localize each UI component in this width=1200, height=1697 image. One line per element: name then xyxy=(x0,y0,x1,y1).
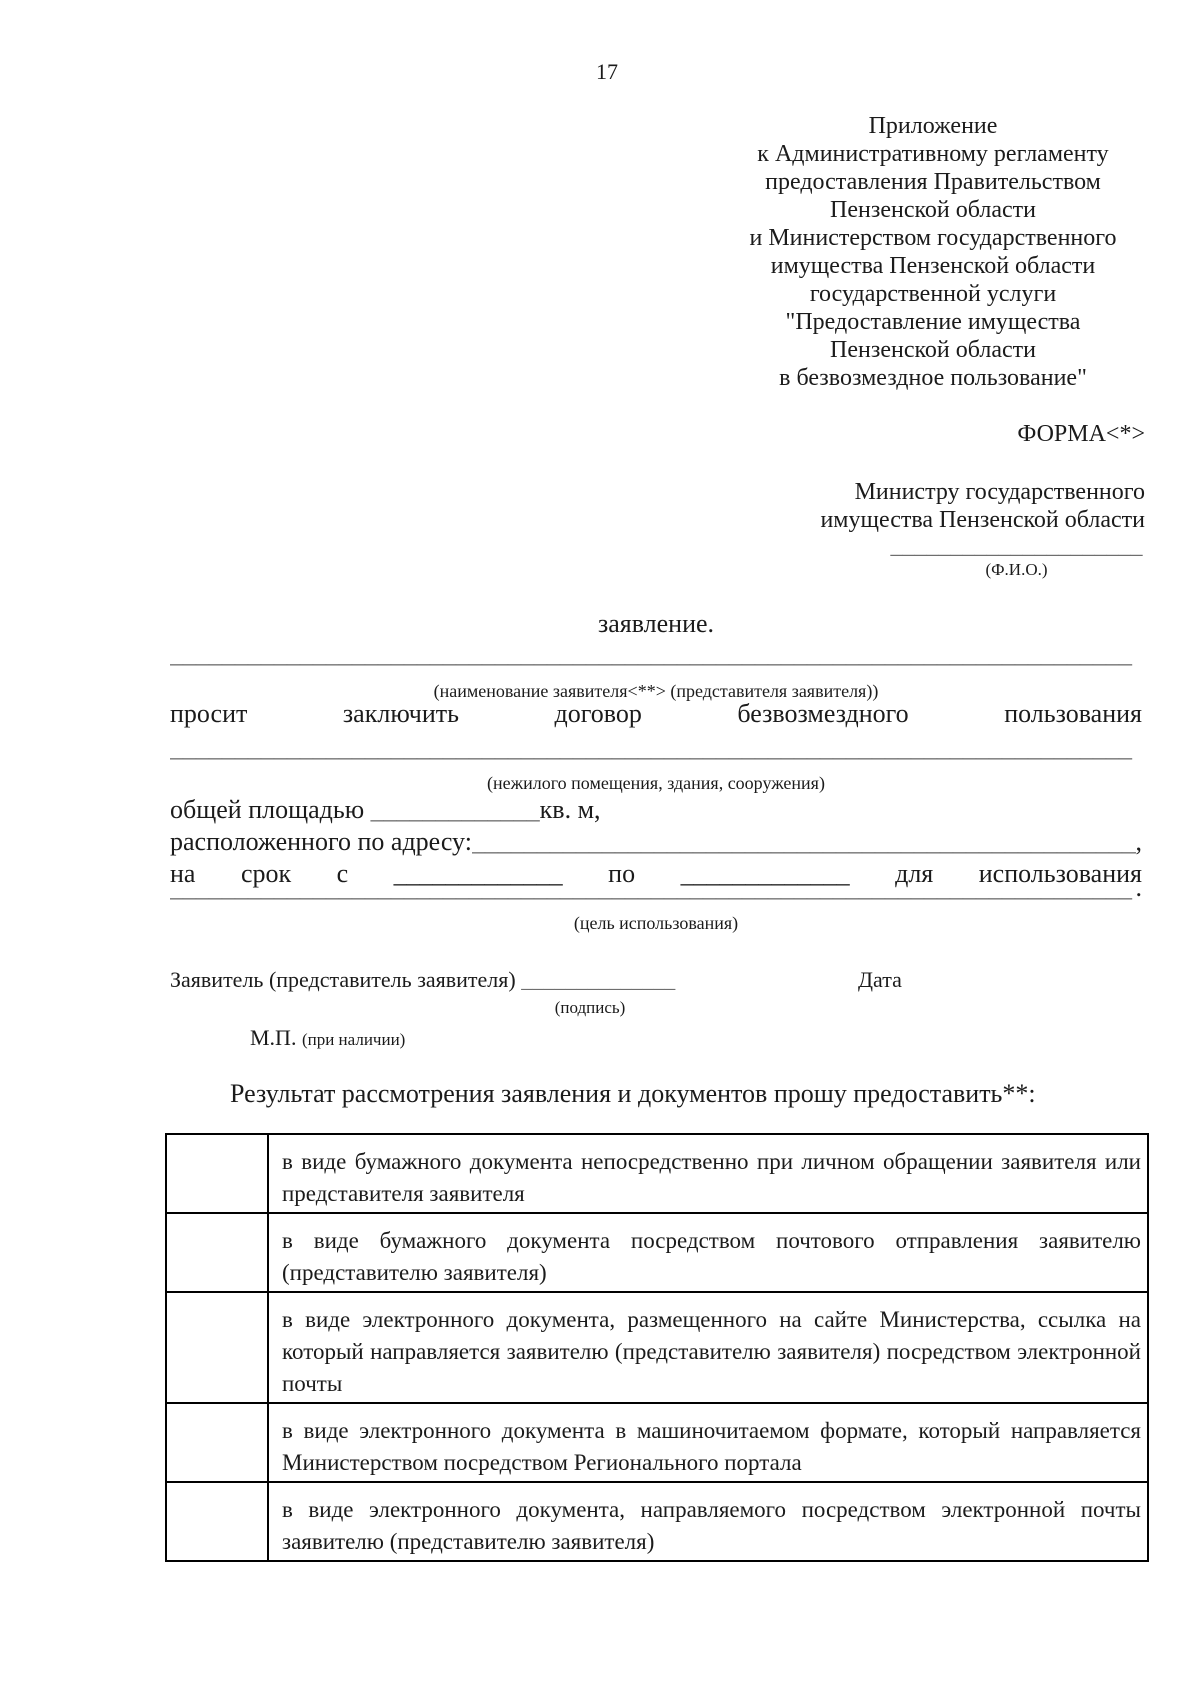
header-line: Пензенской области xyxy=(733,336,1133,364)
table-row: в виде бумажного документа посредством п… xyxy=(166,1213,1148,1292)
result-option-text: в виде электронного документа в машиночи… xyxy=(268,1403,1148,1482)
area-line: общей площадью _____________кв. м, xyxy=(170,794,1142,826)
table-row: в виде электронного документа, направляе… xyxy=(166,1482,1148,1561)
result-option-checkbox-cell xyxy=(166,1292,268,1403)
stamp-line: М.П. (при наличии) xyxy=(250,1024,405,1052)
stamp-label: М.П. xyxy=(250,1025,296,1050)
signature-blank-field: ______________ xyxy=(521,967,675,992)
header-line: к Административному регламенту xyxy=(733,140,1133,168)
fio-blank-line: _____________________ xyxy=(888,532,1145,560)
result-table: в виде бумажного документа непосредствен… xyxy=(165,1133,1149,1562)
result-option-text: в виде электронного документа, размещенн… xyxy=(268,1292,1148,1403)
page-number: 17 xyxy=(596,58,618,86)
area-blank-field: _____________ xyxy=(371,795,540,824)
blank-line-2: ________________________________________… xyxy=(170,732,1142,764)
area-suffix: кв. м, xyxy=(540,795,601,824)
purpose-blank-field: ________________________________________… xyxy=(170,872,1136,904)
blank-line-1: ________________________________________… xyxy=(170,638,1142,670)
result-option-text: в виде бумажного документа непосредствен… xyxy=(268,1134,1148,1213)
signature-caption: (подпись) xyxy=(500,998,680,1018)
forma-label: ФОРМА<*> xyxy=(745,420,1145,448)
signature-label: Заявитель (представитель заявителя) xyxy=(170,967,516,992)
header-block: Приложение к Административному регламент… xyxy=(733,112,1133,392)
result-option-text: в виде электронного документа, направляе… xyxy=(268,1482,1148,1561)
fio-caption: (Ф.И.О.) xyxy=(888,560,1145,580)
header-line: в безвозмездное пользование" xyxy=(733,364,1133,392)
result-option-checkbox-cell xyxy=(166,1213,268,1292)
address-line: расположенного по адресу: ______________… xyxy=(170,826,1142,858)
signature-line: Заявитель (представитель заявителя) ____… xyxy=(170,966,675,994)
header-line: предоставления Правительством xyxy=(733,168,1133,196)
purpose-caption: (цель использования) xyxy=(170,912,1142,934)
result-option-text: в виде бумажного документа посредством п… xyxy=(268,1213,1148,1292)
address-label: расположенного по адресу: xyxy=(170,826,472,858)
date-label: Дата xyxy=(858,966,902,994)
header-line: Приложение xyxy=(733,112,1133,140)
address-blank-field: ________________________________________… xyxy=(472,826,1136,858)
stamp-caption: (при наличии) xyxy=(302,1030,405,1049)
purpose-blank-line: ________________________________________… xyxy=(170,872,1142,904)
purpose-period: . xyxy=(1136,872,1143,904)
area-label: общей площадью xyxy=(170,795,364,824)
addressee-line-2: имущества Пензенской области xyxy=(600,506,1145,534)
request-line: просит заключить договор безвозмездного … xyxy=(170,698,1142,730)
result-option-checkbox-cell xyxy=(166,1482,268,1561)
result-option-checkbox-cell xyxy=(166,1403,268,1482)
document-page: 17 Приложение к Административному реглам… xyxy=(0,0,1200,1697)
header-line: Пензенской области xyxy=(733,196,1133,224)
object-caption: (нежилого помещения, здания, сооружения) xyxy=(170,772,1142,794)
result-option-checkbox-cell xyxy=(166,1134,268,1213)
addressee-line-1: Министру государственного xyxy=(600,478,1145,506)
addressee-block: Министру государственного имущества Пенз… xyxy=(600,478,1145,534)
application-title: заявление. xyxy=(170,608,1142,640)
header-line: имущества Пензенской области xyxy=(733,252,1133,280)
header-line: и Министерством государственного xyxy=(733,224,1133,252)
address-comma: , xyxy=(1136,826,1143,858)
fio-block: _____________________ (Ф.И.О.) xyxy=(888,532,1145,580)
table-row: в виде электронного документа в машиночи… xyxy=(166,1403,1148,1482)
result-intro: Результат рассмотрения заявления и докум… xyxy=(170,1078,1150,1110)
table-row: в виде бумажного документа непосредствен… xyxy=(166,1134,1148,1213)
header-line: "Предоставление имущества xyxy=(733,308,1133,336)
header-line: государственной услуги xyxy=(733,280,1133,308)
table-row: в виде электронного документа, размещенн… xyxy=(166,1292,1148,1403)
